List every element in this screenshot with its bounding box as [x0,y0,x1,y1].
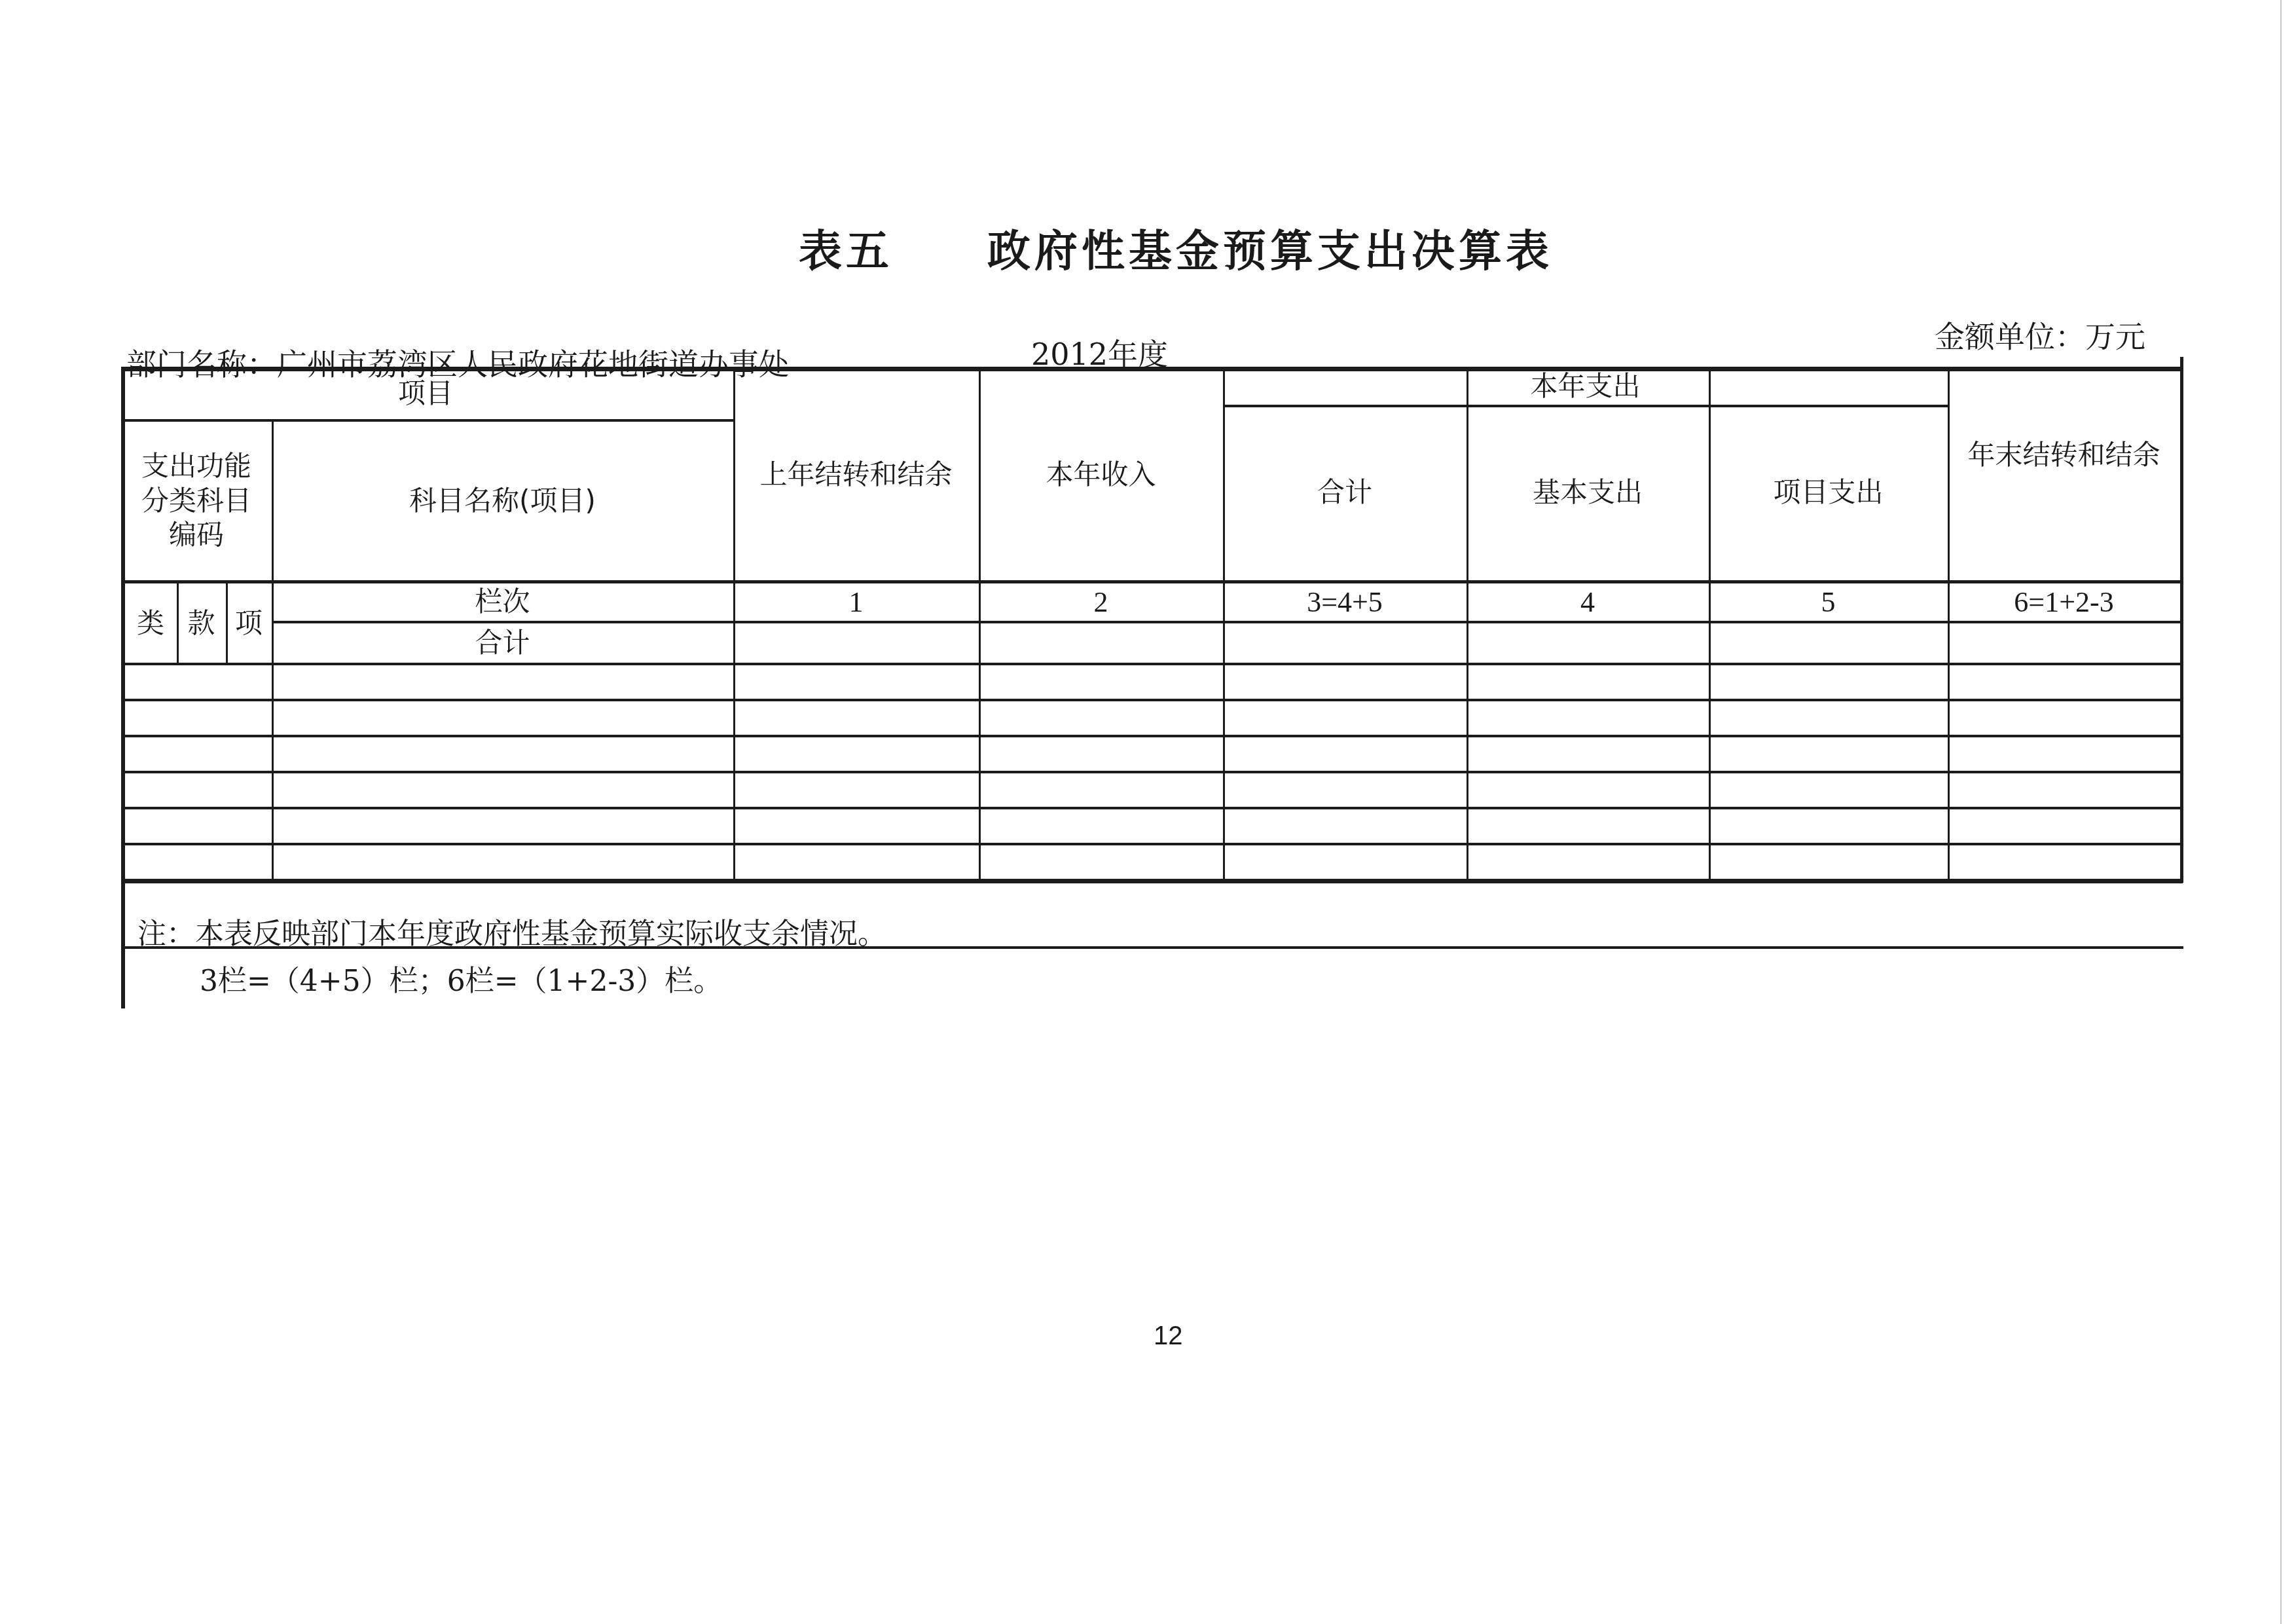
header-project-group: 项目 [121,370,730,417]
row-value-cell [979,843,1223,879]
header-subject-name: 科目名称(项目) [272,422,733,580]
grid-line [2180,357,2183,883]
row-value-cell [979,771,1223,807]
header-code-section: 款 [177,583,226,665]
row-value-cell [733,843,979,879]
grid-line [1223,367,1225,879]
grid-line [121,807,2180,809]
row-value-cell [733,807,979,843]
grid-line [979,367,981,879]
row-name-cell [272,843,733,879]
column-index-cell: 5 [1709,583,1948,621]
row-value-cell [1223,663,1467,699]
total-row-cell [1223,623,1467,663]
row-value-cell [1223,699,1467,735]
row-name-cell [272,663,733,699]
grid-line [121,771,2180,773]
grid-line [121,843,2180,845]
header-current-expense-group: 本年支出 [1223,367,1948,406]
header-current-income: 本年收入 [979,370,1223,580]
total-row-label: 合计 [272,623,733,663]
grid-line [272,419,274,879]
row-value-cell [1948,771,2180,807]
grid-line [226,583,228,663]
grid-line [1467,405,1468,879]
grid-line [121,879,2183,883]
row-value-cell [1709,699,1948,735]
grid-line [177,583,179,663]
grid-line [1948,367,1950,879]
total-row-cell [733,623,979,663]
row-value-cell [1709,771,1948,807]
row-value-cell [1948,807,2180,843]
row-value-cell [733,663,979,699]
row-value-cell [1467,735,1709,771]
row-value-cell [733,699,979,735]
row-value-cell [1467,699,1709,735]
row-value-cell [979,735,1223,771]
header-year-end-balance: 年末结转和结余 [1948,357,2180,553]
row-value-cell [1948,843,2180,879]
row-value-cell [1709,735,1948,771]
total-row-cell [979,623,1223,663]
row-code-cell [121,735,272,771]
row-value-cell [1948,699,2180,735]
grid-line [121,367,125,1008]
column-index-cell: 1 [733,583,979,621]
header-prev-balance: 上年结转和结余 [733,370,979,580]
row-value-cell [1467,771,1709,807]
grid-line [121,367,2183,371]
column-index-cell: 2 [979,583,1223,621]
row-value-cell [979,699,1223,735]
row-value-cell [1709,663,1948,699]
row-name-cell [272,699,733,735]
row-value-cell [979,807,1223,843]
row-value-cell [1223,771,1467,807]
grid-line [121,580,2180,583]
grid-line [272,663,2180,665]
header-code-category: 类 [124,583,177,665]
amount-unit: 金额单位：万元 [1935,313,2145,356]
grid-line [121,663,272,665]
total-row-cell [1709,623,1948,663]
row-value-cell [733,735,979,771]
row-name-cell [272,807,733,843]
row-value-cell [1223,843,1467,879]
header-code-item: 项 [226,583,272,665]
row-value-cell [1223,735,1467,771]
row-value-cell [1467,807,1709,843]
row-value-cell [733,771,979,807]
grid-line [272,621,2180,623]
column-index-cell: 3=4+5 [1223,583,1467,621]
column-index-label: 栏次 [272,583,733,621]
page-title: 表五 政府性基金预算支出决算表 [799,216,1553,278]
note-line-1: 注：本表反映部门本年度政府性基金预算实际收支余情况。 [137,910,886,952]
scan-edge [2280,0,2282,1624]
header-code-group: 支出功能分类科目编码 [124,422,268,580]
header-project-expense: 项目支出 [1709,406,1948,580]
header-basic-expense: 基本支出 [1467,406,1709,580]
grid-line [1709,405,1711,879]
row-name-cell [272,735,733,771]
grid-line [121,735,2180,737]
total-row-cell [1467,623,1709,663]
row-name-cell [272,771,733,807]
grid-line [121,699,2180,701]
row-code-cell [121,771,272,807]
grid-line [1223,405,1948,407]
total-row-cell [1948,623,2180,663]
row-value-cell [1223,807,1467,843]
row-value-cell [1709,843,1948,879]
grid-line [121,419,733,422]
note-line-2: 3栏=（4+5）栏；6栏=（1+2-3）栏。 [200,957,722,999]
header-expense-total: 合计 [1223,406,1467,580]
column-index-cell: 6=1+2-3 [1948,583,2180,621]
row-value-cell [1948,735,2180,771]
page-number: 12 [1154,1321,1183,1351]
row-value-cell [1467,663,1709,699]
column-index-cell: 4 [1467,583,1709,621]
row-code-cell [121,699,272,735]
row-code-cell [121,663,272,699]
row-value-cell [1709,807,1948,843]
row-value-cell [1467,843,1709,879]
grid-line [733,367,735,879]
row-code-cell [121,843,272,879]
row-code-cell [121,807,272,843]
row-value-cell [1948,663,2180,699]
row-value-cell [979,663,1223,699]
